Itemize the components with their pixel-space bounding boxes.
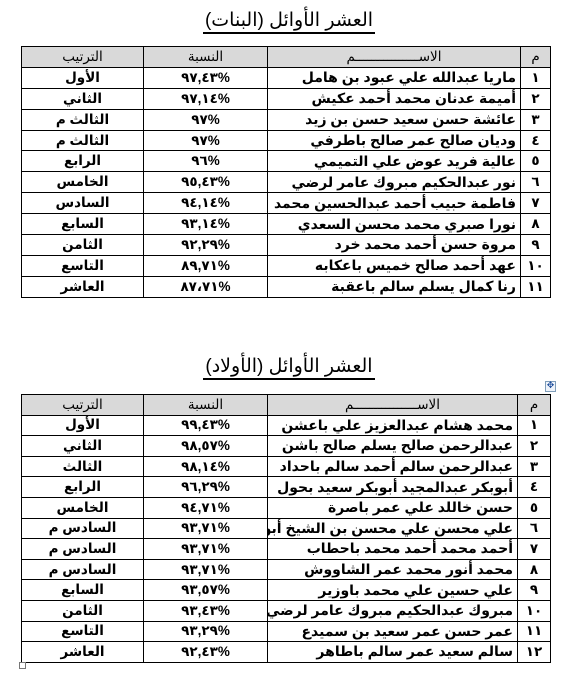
header-name: الاســــــــــــــــم xyxy=(268,47,521,68)
row-number: ٥ xyxy=(518,497,551,518)
rank: الأول xyxy=(22,415,144,436)
percentage: %٩٢,٤٣ xyxy=(144,642,268,663)
percentage: %٩٣,٢٩ xyxy=(144,621,268,642)
table-row: ٨نورا صبري محمد محسن السعدي%٩٣,١٤السابع xyxy=(22,214,551,235)
rank: الثالث م xyxy=(22,109,144,130)
rank: السابع xyxy=(22,214,144,235)
student-name: نورا صبري محمد محسن السعدي xyxy=(268,214,521,235)
percentage: %٩٣,٧١ xyxy=(144,559,268,580)
table-header-row: م الاســــــــــــــــم النسبة الترتيب xyxy=(22,395,551,416)
rank: الثامن xyxy=(22,235,144,256)
student-name: عالية فريد عوض علي التميمي xyxy=(268,151,521,172)
header-num: م xyxy=(518,395,551,416)
rank: الثالث م xyxy=(22,130,144,151)
student-name: مروة حسن أحمد محمد خرد xyxy=(268,235,521,256)
percentage: %٩٥,٤٣ xyxy=(144,172,268,193)
table-row: ٦علي محسن علي محسن بن الشيخ أبوبكر%٩٣,٧١… xyxy=(22,518,551,539)
student-name: علي محسن علي محسن بن الشيخ أبوبكر xyxy=(268,518,518,539)
girls-title: العشر الأوائل (البنات) xyxy=(0,9,578,32)
header-rank: الترتيب xyxy=(22,47,144,68)
student-name: محمد أنور محمد عمر الشاووش xyxy=(268,559,518,580)
table-row: ٩مروة حسن أحمد محمد خرد%٩٢,٢٩الثامن xyxy=(22,235,551,256)
rank: الثامن xyxy=(22,600,144,621)
row-number: ٩ xyxy=(521,235,551,256)
percentage: %٩٧ xyxy=(144,130,268,151)
row-number: ٧ xyxy=(518,539,551,560)
rank: السادس xyxy=(22,193,144,214)
student-name: ماريا عبدالله علي عبود بن هامل xyxy=(268,67,521,88)
percentage: %٩٩,٤٣ xyxy=(144,415,268,436)
rank: الثاني xyxy=(22,436,144,457)
header-rank: الترتيب xyxy=(22,395,144,416)
table-row: ٥حسن خاللد علي عمر باصرة%٩٤,٧١الخامس xyxy=(22,497,551,518)
student-name: أميمة عدنان محمد أحمد عكيش xyxy=(268,88,521,109)
percentage: %٨٧،٧١ xyxy=(144,276,268,297)
student-name: سالم سعيد عمر سالم باطاهر xyxy=(268,642,518,663)
table-row: ١١عمر حسن عمر سعيد بن سميدع%٩٣,٢٩التاسع xyxy=(22,621,551,642)
rank: السادس م xyxy=(22,559,144,580)
table-row: ٢عبدالرحمن صالح يسلم صالح باشن%٩٨,٥٧الثا… xyxy=(22,436,551,457)
table-row: ١ماريا عبدالله علي عبود بن هامل%٩٧,٤٣الأ… xyxy=(22,67,551,88)
row-number: ٨ xyxy=(518,559,551,580)
rank: السادس م xyxy=(22,518,144,539)
student-name: نور عبدالحكيم مبروك عامر لرضي xyxy=(268,172,521,193)
header-percent: النسبة xyxy=(144,395,268,416)
row-number: ١١ xyxy=(521,276,551,297)
rank: السابع xyxy=(22,580,144,601)
rank: الخامس xyxy=(22,172,144,193)
rank: العاشر xyxy=(22,642,144,663)
table-row: ٤أبوبكر عبدالمجيد أبوبكر سعيد بحول%٩٦,٢٩… xyxy=(22,477,551,498)
percentage: %٩٣,٥٧ xyxy=(144,580,268,601)
table-row: ٥عالية فريد عوض علي التميمي%٩٦الرابع xyxy=(22,151,551,172)
rank: الرابع xyxy=(22,477,144,498)
percentage: %٨٩,٧١ xyxy=(144,255,268,276)
percentage: %٩٣,٤٣ xyxy=(144,600,268,621)
percentage: %٩٤,١٤ xyxy=(144,193,268,214)
row-number: ٢ xyxy=(521,88,551,109)
row-number: ١٢ xyxy=(518,642,551,663)
table-row: ٧أحمد محمد أحمد محمد باحطاب%٩٣,٧١السادس … xyxy=(22,539,551,560)
row-number: ١ xyxy=(521,67,551,88)
row-number: ٦ xyxy=(521,172,551,193)
header-percent: النسبة xyxy=(144,47,268,68)
row-number: ١١ xyxy=(518,621,551,642)
rank: الرابع xyxy=(22,151,144,172)
table-row: ٢أميمة عدنان محمد أحمد عكيش%٩٧,١٤الثاني xyxy=(22,88,551,109)
table-header-row: م الاســــــــــــــــم النسبة الترتيب xyxy=(22,47,551,68)
student-name: عائشة حسن سعيد حسن بن زيد xyxy=(268,109,521,130)
row-number: ٤ xyxy=(521,130,551,151)
student-name: أبوبكر عبدالمجيد أبوبكر سعيد بحول xyxy=(268,477,518,498)
table-row: ٧فاطمة حبيب أحمد عبدالحسين محمد%٩٤,١٤الس… xyxy=(22,193,551,214)
header-name: الاســــــــــــــــم xyxy=(268,395,518,416)
row-number: ٥ xyxy=(521,151,551,172)
row-number: ٦ xyxy=(518,518,551,539)
rank: التاسع xyxy=(22,255,144,276)
table-row: ١محمد هشام عبدالعزيز علي باعشن%٩٩,٤٣الأو… xyxy=(22,415,551,436)
row-number: ١٠ xyxy=(518,600,551,621)
table-row: ١١رنا كمال يسلم سالم باعقبة%٨٧،٧١العاشر xyxy=(22,276,551,297)
percentage: %٩٧,٤٣ xyxy=(144,67,268,88)
table-row: ١٠مبروك عبدالحكيم مبروك عامر لرضي%٩٣,٤٣ا… xyxy=(22,600,551,621)
student-name: عهد أحمد صالح خميس باعكابه xyxy=(268,255,521,276)
student-name: مبروك عبدالحكيم مبروك عامر لرضي xyxy=(268,600,518,621)
table-row: ٩علي حسين علي محمد باوزير%٩٣,٥٧السابع xyxy=(22,580,551,601)
percentage: %٩٦ xyxy=(144,151,268,172)
table-row: ٨محمد أنور محمد عمر الشاووش%٩٣,٧١السادس … xyxy=(22,559,551,580)
percentage: %٩٨,١٤ xyxy=(144,456,268,477)
row-number: ١ xyxy=(518,415,551,436)
student-name: حسن خاللد علي عمر باصرة xyxy=(268,497,518,518)
row-number: ٣ xyxy=(518,456,551,477)
student-name: عبدالرحمن صالح يسلم صالح باشن xyxy=(268,436,518,457)
rank: الأول xyxy=(22,67,144,88)
row-number: ٤ xyxy=(518,477,551,498)
percentage: %٩٨,٥٧ xyxy=(144,436,268,457)
rank: الخامس xyxy=(22,497,144,518)
table-move-handle-icon[interactable]: ✥ xyxy=(545,381,556,392)
rank: الثاني xyxy=(22,88,144,109)
table-row: ٦نور عبدالحكيم مبروك عامر لرضي%٩٥,٤٣الخا… xyxy=(22,172,551,193)
percentage: %٩٣,٧١ xyxy=(144,518,268,539)
rank: التاسع xyxy=(22,621,144,642)
table-row: ٤وديان صالح عمر صالح باطرفي%٩٧الثالث م xyxy=(22,130,551,151)
rank: الثالث xyxy=(22,456,144,477)
row-number: ٢ xyxy=(518,436,551,457)
row-number: ١٠ xyxy=(521,255,551,276)
student-name: محمد هشام عبدالعزيز علي باعشن xyxy=(268,415,518,436)
student-name: وديان صالح عمر صالح باطرفي xyxy=(268,130,521,151)
row-number: ٣ xyxy=(521,109,551,130)
percentage: %٩٣,٧١ xyxy=(144,539,268,560)
row-number: ٩ xyxy=(518,580,551,601)
table-row: ١٠عهد أحمد صالح خميس باعكابه%٨٩,٧١التاسع xyxy=(22,255,551,276)
student-name: رنا كمال يسلم سالم باعقبة xyxy=(268,276,521,297)
boys-table: م الاســــــــــــــــم النسبة الترتيب ١… xyxy=(21,394,551,663)
rank: السادس م xyxy=(22,539,144,560)
percentage: %٩٦,٢٩ xyxy=(144,477,268,498)
percentage: %٩٢,٢٩ xyxy=(144,235,268,256)
student-name: فاطمة حبيب أحمد عبدالحسين محمد xyxy=(268,193,521,214)
table-row: ١٢سالم سعيد عمر سالم باطاهر%٩٢,٤٣العاشر xyxy=(22,642,551,663)
student-name: عمر حسن عمر سعيد بن سميدع xyxy=(268,621,518,642)
girls-table: م الاســــــــــــــــم النسبة الترتيب ١… xyxy=(21,46,551,298)
student-name: علي حسين علي محمد باوزير xyxy=(268,580,518,601)
percentage: %٩٧ xyxy=(144,109,268,130)
student-name: أحمد محمد أحمد محمد باحطاب xyxy=(268,539,518,560)
rank: العاشر xyxy=(22,276,144,297)
percentage: %٩٧,١٤ xyxy=(144,88,268,109)
boys-title: العشر الأوائل (الأولاد) xyxy=(0,355,578,378)
table-row: ٣عائشة حسن سعيد حسن بن زيد%٩٧الثالث م xyxy=(22,109,551,130)
percentage: %٩٣,١٤ xyxy=(144,214,268,235)
student-name: عبدالرحمن سالم أحمد سالم باحداد xyxy=(268,456,518,477)
table-resize-handle[interactable] xyxy=(19,662,26,669)
row-number: ٧ xyxy=(521,193,551,214)
row-number: ٨ xyxy=(521,214,551,235)
header-num: م xyxy=(521,47,551,68)
table-row: ٣عبدالرحمن سالم أحمد سالم باحداد%٩٨,١٤ال… xyxy=(22,456,551,477)
percentage: %٩٤,٧١ xyxy=(144,497,268,518)
